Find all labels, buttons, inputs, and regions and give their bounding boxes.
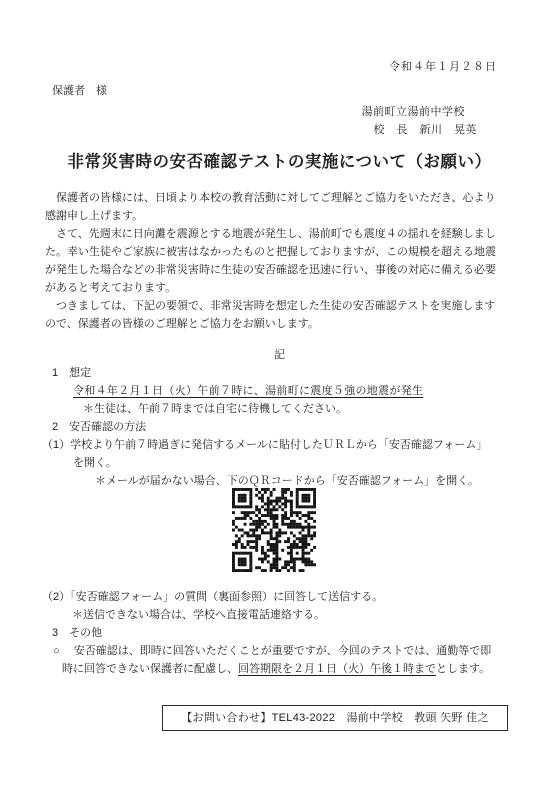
record-mark: 記 bbox=[45, 346, 514, 364]
qr-code bbox=[232, 488, 316, 572]
bullet-deadline-underlined: 回答期限を２月１日（火）午後１時まで bbox=[238, 663, 436, 675]
section1-note: ＊生徒は、午前７時までは自宅に待機してください。 bbox=[83, 400, 514, 418]
section3-bullet: ○ 安否確認は、即時に回答いただくことが重要ですが、今回のテストでは、通勤等で即… bbox=[53, 642, 514, 678]
section2-heading: 2 安否確認の方法 bbox=[52, 418, 514, 436]
section1-heading: 1 想定 bbox=[52, 364, 514, 382]
section3-heading: 3 その他 bbox=[52, 624, 514, 642]
body-paragraph-request: つきましては、下記の要領で、非常災害時を想定した生徒の安否確認テストを実施します… bbox=[45, 297, 514, 333]
document-page: 令和４年１月２８日 保護者 様 湯前町立湯前中学校 校 長 新川 晃英 非常災害… bbox=[0, 0, 554, 800]
document-title: 非常災害時の安否確認テストの実施について（お願い） bbox=[45, 149, 514, 175]
bullet-suffix: とします。 bbox=[436, 663, 490, 675]
section2-item2: （2）「安否確認フォーム」の質問（裏面参照）に回答して送信する。 bbox=[42, 588, 514, 606]
qr-code-image bbox=[232, 488, 316, 572]
section2-item1: （1）学校より午前７時過ぎに発信するメールに貼付したＵＲＬから「安否確認フォーム… bbox=[42, 436, 514, 472]
body-paragraph-greeting: 保護者の皆様には、日頃より本校の教育活動に対してご理解とご協力をいただき、心より… bbox=[45, 189, 514, 225]
contact-box: 【お問い合わせ】TEL43-2022 湯前中学校 教頭 矢野 佳之 bbox=[162, 705, 508, 731]
document-date: 令和４年１月２８日 bbox=[45, 58, 514, 76]
section1-scenario-underlined: 令和４年２月１日（火）午前７時に、湯前町に震度５強の地震が発生 bbox=[73, 382, 514, 400]
recipient: 保護者 様 bbox=[52, 82, 514, 100]
sender-principal: 校 長 新川 晃英 bbox=[45, 121, 514, 139]
body-paragraph-background: さて、先週末に日向灘を震源とする地震が発生し、湯前町でも震度４の揺れを経験しまし… bbox=[45, 225, 514, 297]
sender-school: 湯前町立湯前中学校 bbox=[45, 103, 514, 121]
sender-block: 湯前町立湯前中学校 校 長 新川 晃英 bbox=[45, 103, 514, 139]
section2-item2-note: ＊送信できない場合は、学校へ直接電話連絡する。 bbox=[72, 606, 514, 624]
section2-item1-note: ＊メールが届かない場合、下のＱＲコードから「安否確認フォーム」を開く。 bbox=[95, 472, 514, 490]
contact-text: 【お問い合わせ】TEL43-2022 湯前中学校 教頭 矢野 佳之 bbox=[181, 709, 489, 727]
